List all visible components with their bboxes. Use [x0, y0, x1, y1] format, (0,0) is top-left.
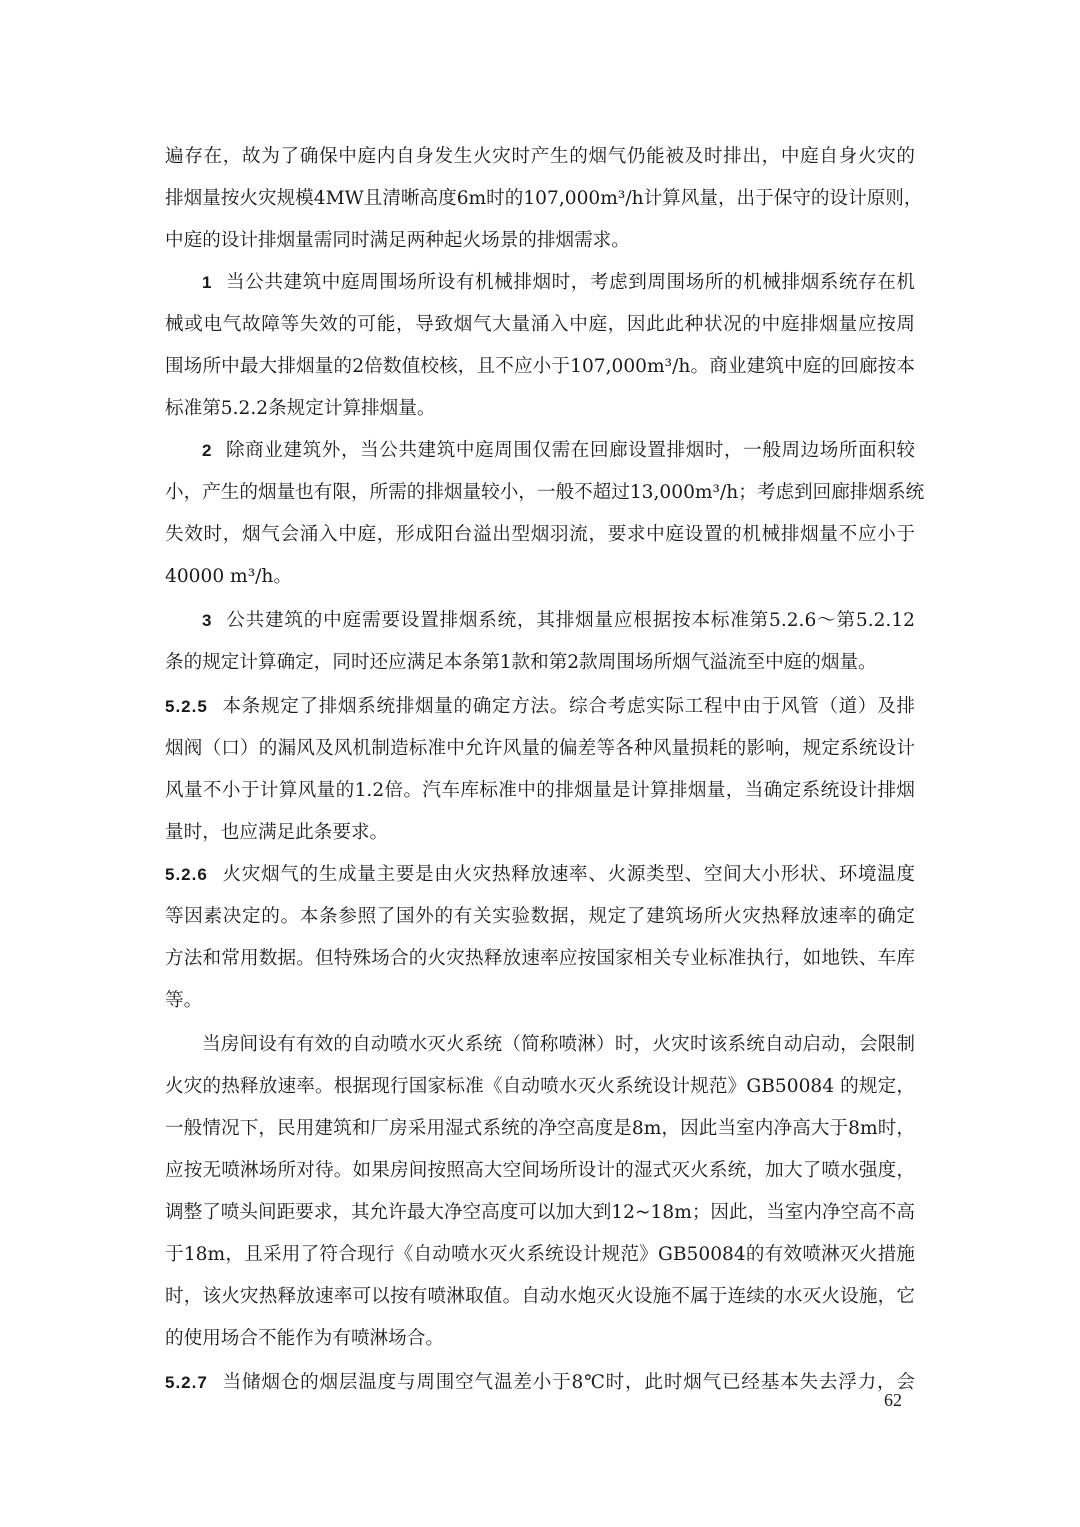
numbered-item-line: 1当公共建筑中庭周围场所设有机械排烟时，考虑到周围场所的机械排烟系统存在机 [165, 262, 915, 304]
text-line: 调整了喷头间距要求，其允许最大净空高度可以加大到12~18m；因此，当室内净空高… [165, 1192, 915, 1234]
line-text: 条的规定计算确定，同时还应满足本条第1款和第2款周围场所烟气溢流至中庭的烟量。 [165, 652, 877, 673]
line-text: 时，该火灾热释放速率可以按有喷淋取值。自动水炮灭火设施不属于连续的水灭火设施，它 [165, 1286, 915, 1307]
line-text: 的使用场合不能作为有喷淋场合。 [165, 1328, 444, 1349]
line-text: 于18m，且采用了符合现行《自动喷水灭火系统设计规范》GB50084的有效喷淋灭… [165, 1244, 915, 1265]
section-heading-line: 5.2.7当储烟仓的烟层温度与周围空气温差小于8℃时，此时烟气已经基本失去浮力，… [165, 1362, 915, 1404]
line-text: 械或电气故障等失效的可能，导致烟气大量涌入中庭，因此此种状况的中庭排烟量应按周 [165, 314, 915, 335]
line-text: 排烟量按火灾规模4MW且清晰高度6m时的107,000m³/h计算风量，出于保守… [165, 188, 922, 209]
text-line: 等因素决定的。本条参照了国外的有关实验数据，规定了建筑场所火灾热释放速率的确定 [165, 896, 915, 938]
line-text: 当房间设有有效的自动喷水灭火系统（简称喷淋）时，火灾时该系统自动启动，会限制 [202, 1034, 915, 1055]
text-line: 排烟量按火灾规模4MW且清晰高度6m时的107,000m³/h计算风量，出于保守… [165, 178, 915, 220]
text-line: 围场所中最大排烟量的2倍数值校核，且不应小于107,000m³/h。商业建筑中庭… [165, 346, 915, 388]
section-heading-line: 5.2.6火灾烟气的生成量主要是由火灾热释放速率、火源类型、空间大小形状、环境温… [165, 854, 915, 896]
numbered-item-line: 3公共建筑的中庭需要设置排烟系统，其排烟量应根据按本标准第5.2.6～第5.2.… [165, 600, 915, 642]
line-text: 小，产生的烟量也有限，所需的排烟量较小，一般不超过13,000m³/h；考虑到回… [165, 482, 924, 503]
line-text: 失效时，烟气会涌入中庭，形成阳台溢出型烟羽流，要求中庭设置的机械排烟量不应小于 [165, 524, 915, 545]
line-text: 量时，也应满足此条要求。 [165, 822, 388, 843]
text-line: 械或电气故障等失效的可能，导致烟气大量涌入中庭，因此此种状况的中庭排烟量应按周 [165, 304, 915, 346]
text-line: 等。 [165, 980, 202, 1022]
line-text: 调整了喷头间距要求，其允许最大净空高度可以加大到12~18m；因此，当室内净空高… [165, 1202, 915, 1223]
text-line: 的使用场合不能作为有喷淋场合。 [165, 1318, 444, 1360]
text-line: 标准第5.2.2条规定计算排烟量。 [165, 388, 435, 430]
line-text: 当储烟仓的烟层温度与周围空气温差小于8℃时，此时烟气已经基本失去浮力，会 [222, 1372, 915, 1393]
line-text: 当公共建筑中庭周围场所设有机械排烟时，考虑到周围场所的机械排烟系统存在机 [225, 272, 915, 293]
text-line: 40000 m³/h。 [165, 556, 292, 598]
section-number: 5.2.6 [165, 865, 208, 884]
text-line: 烟阀（口）的漏风及风机制造标准中允许风量的偏差等各种风量损耗的影响，规定系统设计 [165, 728, 915, 770]
line-text: 公共建筑的中庭需要设置排烟系统，其排烟量应根据按本标准第5.2.6～第5.2.1… [225, 610, 915, 631]
text-line: 失效时，烟气会涌入中庭，形成阳台溢出型烟羽流，要求中庭设置的机械排烟量不应小于 [165, 514, 915, 556]
text-line: 中庭的设计排烟量需同时满足两种起火场景的排烟需求。 [165, 220, 630, 262]
text-line: 风量不小于计算风量的1.2倍。汽车库标准中的排烟量是计算排烟量，当确定系统设计排… [165, 770, 915, 812]
line-text: 等。 [165, 990, 202, 1011]
line-text: 方法和常用数据。但特殊场合的火灾热释放速率应按国家相关专业标准执行，如地铁、车库 [165, 948, 915, 969]
section-heading-line: 5.2.5本条规定了排烟系统排烟量的确定方法。综合考虑实际工程中由于风管（道）及… [165, 686, 915, 728]
text-line: 时，该火灾热释放速率可以按有喷淋取值。自动水炮灭火设施不属于连续的水灭火设施，它 [165, 1276, 915, 1318]
line-text: 标准第5.2.2条规定计算排烟量。 [165, 398, 435, 419]
line-text: 中庭的设计排烟量需同时满足两种起火场景的排烟需求。 [165, 230, 630, 251]
text-line: 当房间设有有效的自动喷水灭火系统（简称喷淋）时，火灾时该系统自动启动，会限制 [165, 1024, 915, 1066]
line-text: 一般情况下，民用建筑和厂房采用湿式系统的净空高度是8m，因此当室内净高大于8m时… [165, 1118, 915, 1139]
line-text: 围场所中最大排烟量的2倍数值校核，且不应小于107,000m³/h。商业建筑中庭… [165, 356, 915, 377]
section-number: 5.2.5 [165, 697, 208, 716]
item-number: 3 [202, 611, 211, 630]
text-line: 条的规定计算确定，同时还应满足本条第1款和第2款周围场所烟气溢流至中庭的烟量。 [165, 642, 877, 684]
numbered-item-line: 2除商业建筑外，当公共建筑中庭周围仅需在回廊设置排烟时，一般周边场所面积较 [165, 430, 915, 472]
item-number: 2 [202, 441, 211, 460]
text-line: 一般情况下，民用建筑和厂房采用湿式系统的净空高度是8m，因此当室内净高大于8m时… [165, 1108, 915, 1150]
line-text: 火灾烟气的生成量主要是由火灾热释放速率、火源类型、空间大小形状、环境温度 [222, 864, 915, 885]
page-number: 62 [884, 1390, 902, 1411]
text-line: 小，产生的烟量也有限，所需的排烟量较小，一般不超过13,000m³/h；考虑到回… [165, 472, 915, 514]
line-text: 遍存在，故为了确保中庭内自身发生火灾时产生的烟气仍能被及时排出，中庭自身火灾的 [165, 146, 915, 167]
text-line: 量时，也应满足此条要求。 [165, 812, 388, 854]
line-text: 40000 m³/h。 [165, 566, 292, 587]
text-line: 火灾的热释放速率。根据现行国家标准《自动喷水灭火系统设计规范》GB50084 的… [165, 1066, 915, 1108]
text-line: 应按无喷淋场所对待。如果房间按照高大空间场所设计的湿式灭火系统，加大了喷水强度， [165, 1150, 915, 1192]
line-text: 风量不小于计算风量的1.2倍。汽车库标准中的排烟量是计算排烟量，当确定系统设计排… [165, 780, 915, 801]
section-number: 5.2.7 [165, 1373, 208, 1392]
item-number: 1 [202, 273, 211, 292]
line-text: 应按无喷淋场所对待。如果房间按照高大空间场所设计的湿式灭火系统，加大了喷水强度， [165, 1160, 915, 1181]
line-text: 火灾的热释放速率。根据现行国家标准《自动喷水灭火系统设计规范》GB50084 的… [165, 1076, 915, 1097]
text-line: 方法和常用数据。但特殊场合的火灾热释放速率应按国家相关专业标准执行，如地铁、车库 [165, 938, 915, 980]
text-line: 遍存在，故为了确保中庭内自身发生火灾时产生的烟气仍能被及时排出，中庭自身火灾的 [165, 136, 915, 178]
line-text: 本条规定了排烟系统排烟量的确定方法。综合考虑实际工程中由于风管（道）及排 [222, 696, 915, 717]
text-line: 于18m，且采用了符合现行《自动喷水灭火系统设计规范》GB50084的有效喷淋灭… [165, 1234, 915, 1276]
line-text: 烟阀（口）的漏风及风机制造标准中允许风量的偏差等各种风量损耗的影响，规定系统设计 [165, 738, 915, 759]
line-text: 除商业建筑外，当公共建筑中庭周围仅需在回廊设置排烟时，一般周边场所面积较 [225, 440, 915, 461]
line-text: 等因素决定的。本条参照了国外的有关实验数据，规定了建筑场所火灾热释放速率的确定 [165, 906, 915, 927]
